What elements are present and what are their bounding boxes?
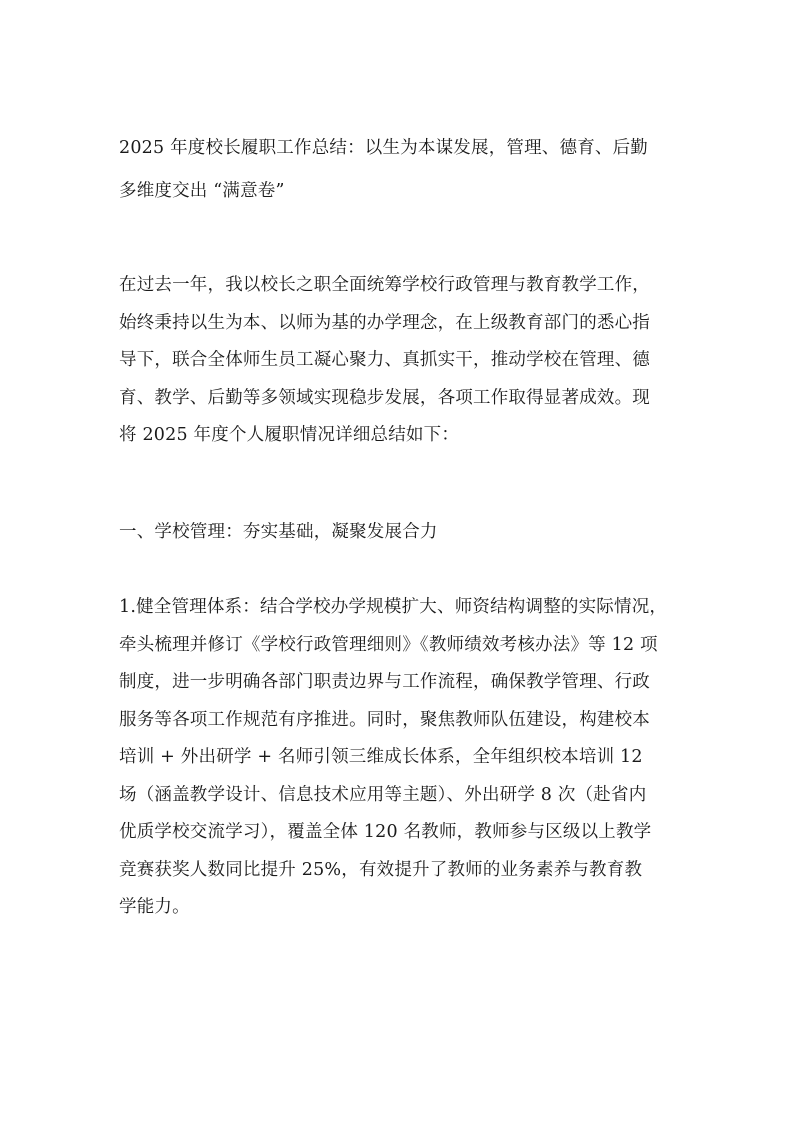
document-title: 2025 年度校长履职工作总结：以生为本谋发展，管理、德育、后勤 多维度交出 “… — [119, 127, 679, 213]
text-line: 导下，联合全体师生员工凝心聚力、真抓实干，推动学校在管理、德 — [119, 342, 679, 380]
text-line: 培训 + 外出研学 + 名师引领三维成长体系，全年组织校本培训 12 — [119, 739, 679, 777]
text-line: 始终秉持以生为本、以师为基的办学理念，在上级教育部门的悉心指 — [119, 305, 679, 343]
text-line: 在过去一年，我以校长之职全面统筹学校行政管理与教育教学工作， — [119, 267, 679, 305]
section-heading: 一、学校管理：夯实基础，凝聚发展合力 — [119, 514, 679, 552]
title-line: 多维度交出 “满意卷” — [119, 170, 679, 213]
heading-text: 一、学校管理：夯实基础，凝聚发展合力 — [119, 514, 679, 552]
title-line: 2025 年度校长履职工作总结：以生为本谋发展，管理、德育、后勤 — [119, 127, 679, 170]
management-paragraph: 1.健全管理体系：结合学校办学规模扩大、师资结构调整的实际情况， 牵头梳理并修订… — [119, 589, 679, 927]
text-line: 场（涵盖教学设计、信息技术应用等主题）、外出研学 8 次（赴省内 — [119, 777, 679, 815]
text-line: 育、教学、后勤等多领域实现稳步发展，各项工作取得显著成效。现 — [119, 380, 679, 418]
text-line: 牵头梳理并修订《学校行政管理细则》《教师绩效考核办法》等 12 项 — [119, 627, 679, 665]
text-line: 制度，进一步明确各部门职责边界与工作流程，确保教学管理、行政 — [119, 664, 679, 702]
text-line: 服务等各项工作规范有序推进。同时，聚焦教师队伍建设，构建校本 — [119, 702, 679, 740]
text-line: 竞赛获奖人数同比提升 25%，有效提升了教师的业务素养与教育教 — [119, 852, 679, 890]
text-line: 1.健全管理体系：结合学校办学规模扩大、师资结构调整的实际情况， — [119, 589, 679, 627]
intro-paragraph: 在过去一年，我以校长之职全面统筹学校行政管理与教育教学工作， 始终秉持以生为本、… — [119, 267, 679, 455]
text-line: 学能力。 — [119, 889, 679, 927]
document-page: 2025 年度校长履职工作总结：以生为本谋发展，管理、德育、后勤 多维度交出 “… — [0, 0, 793, 1122]
text-line: 将 2025 年度个人履职情况详细总结如下： — [119, 417, 679, 455]
text-line: 优质学校交流学习），覆盖全体 120 名教师，教师参与区级以上教学 — [119, 814, 679, 852]
